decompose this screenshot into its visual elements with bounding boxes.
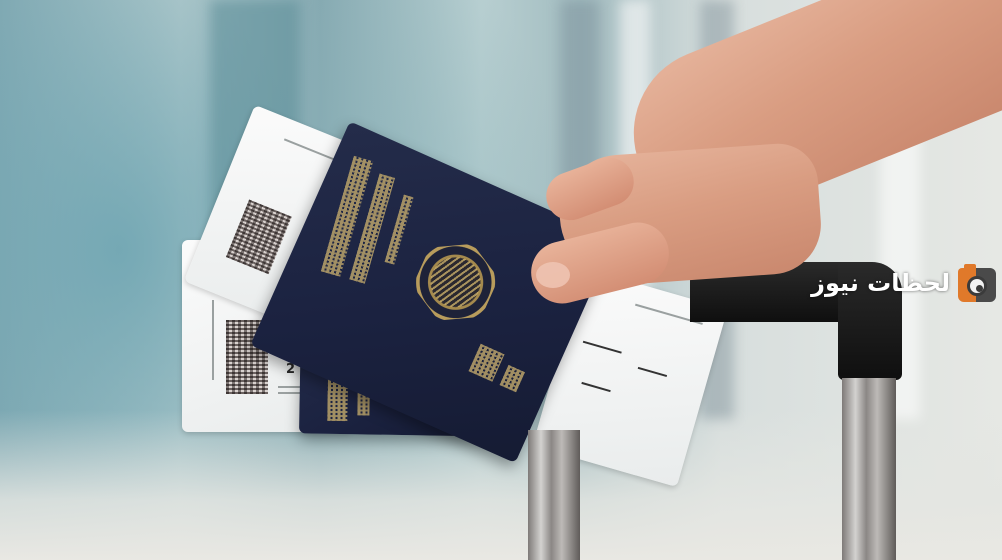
boarding-pass-line [212,300,214,380]
photo-scene: N D 2 لحظات [0,0,1002,560]
luggage-pole-left [528,430,580,560]
watermark-text: لحظات نيوز [811,269,950,297]
boarding-pass-barcode [226,200,292,275]
luggage-pole-right [842,378,896,560]
passport-gold-text [385,195,414,265]
boarding-pass-line [278,392,302,394]
boarding-pass-line [278,386,302,388]
boarding-pass-line [581,382,610,392]
thumbnail [536,262,570,288]
boarding-pass-line [583,341,622,354]
passport-gold-text [469,344,505,382]
passport-gold-text [500,365,525,392]
site-watermark: لحظات نيوز [811,264,996,302]
coat-of-arms-icon [400,227,511,338]
camera-eye-logo-icon [958,264,996,302]
boarding-pass-line [638,367,667,377]
